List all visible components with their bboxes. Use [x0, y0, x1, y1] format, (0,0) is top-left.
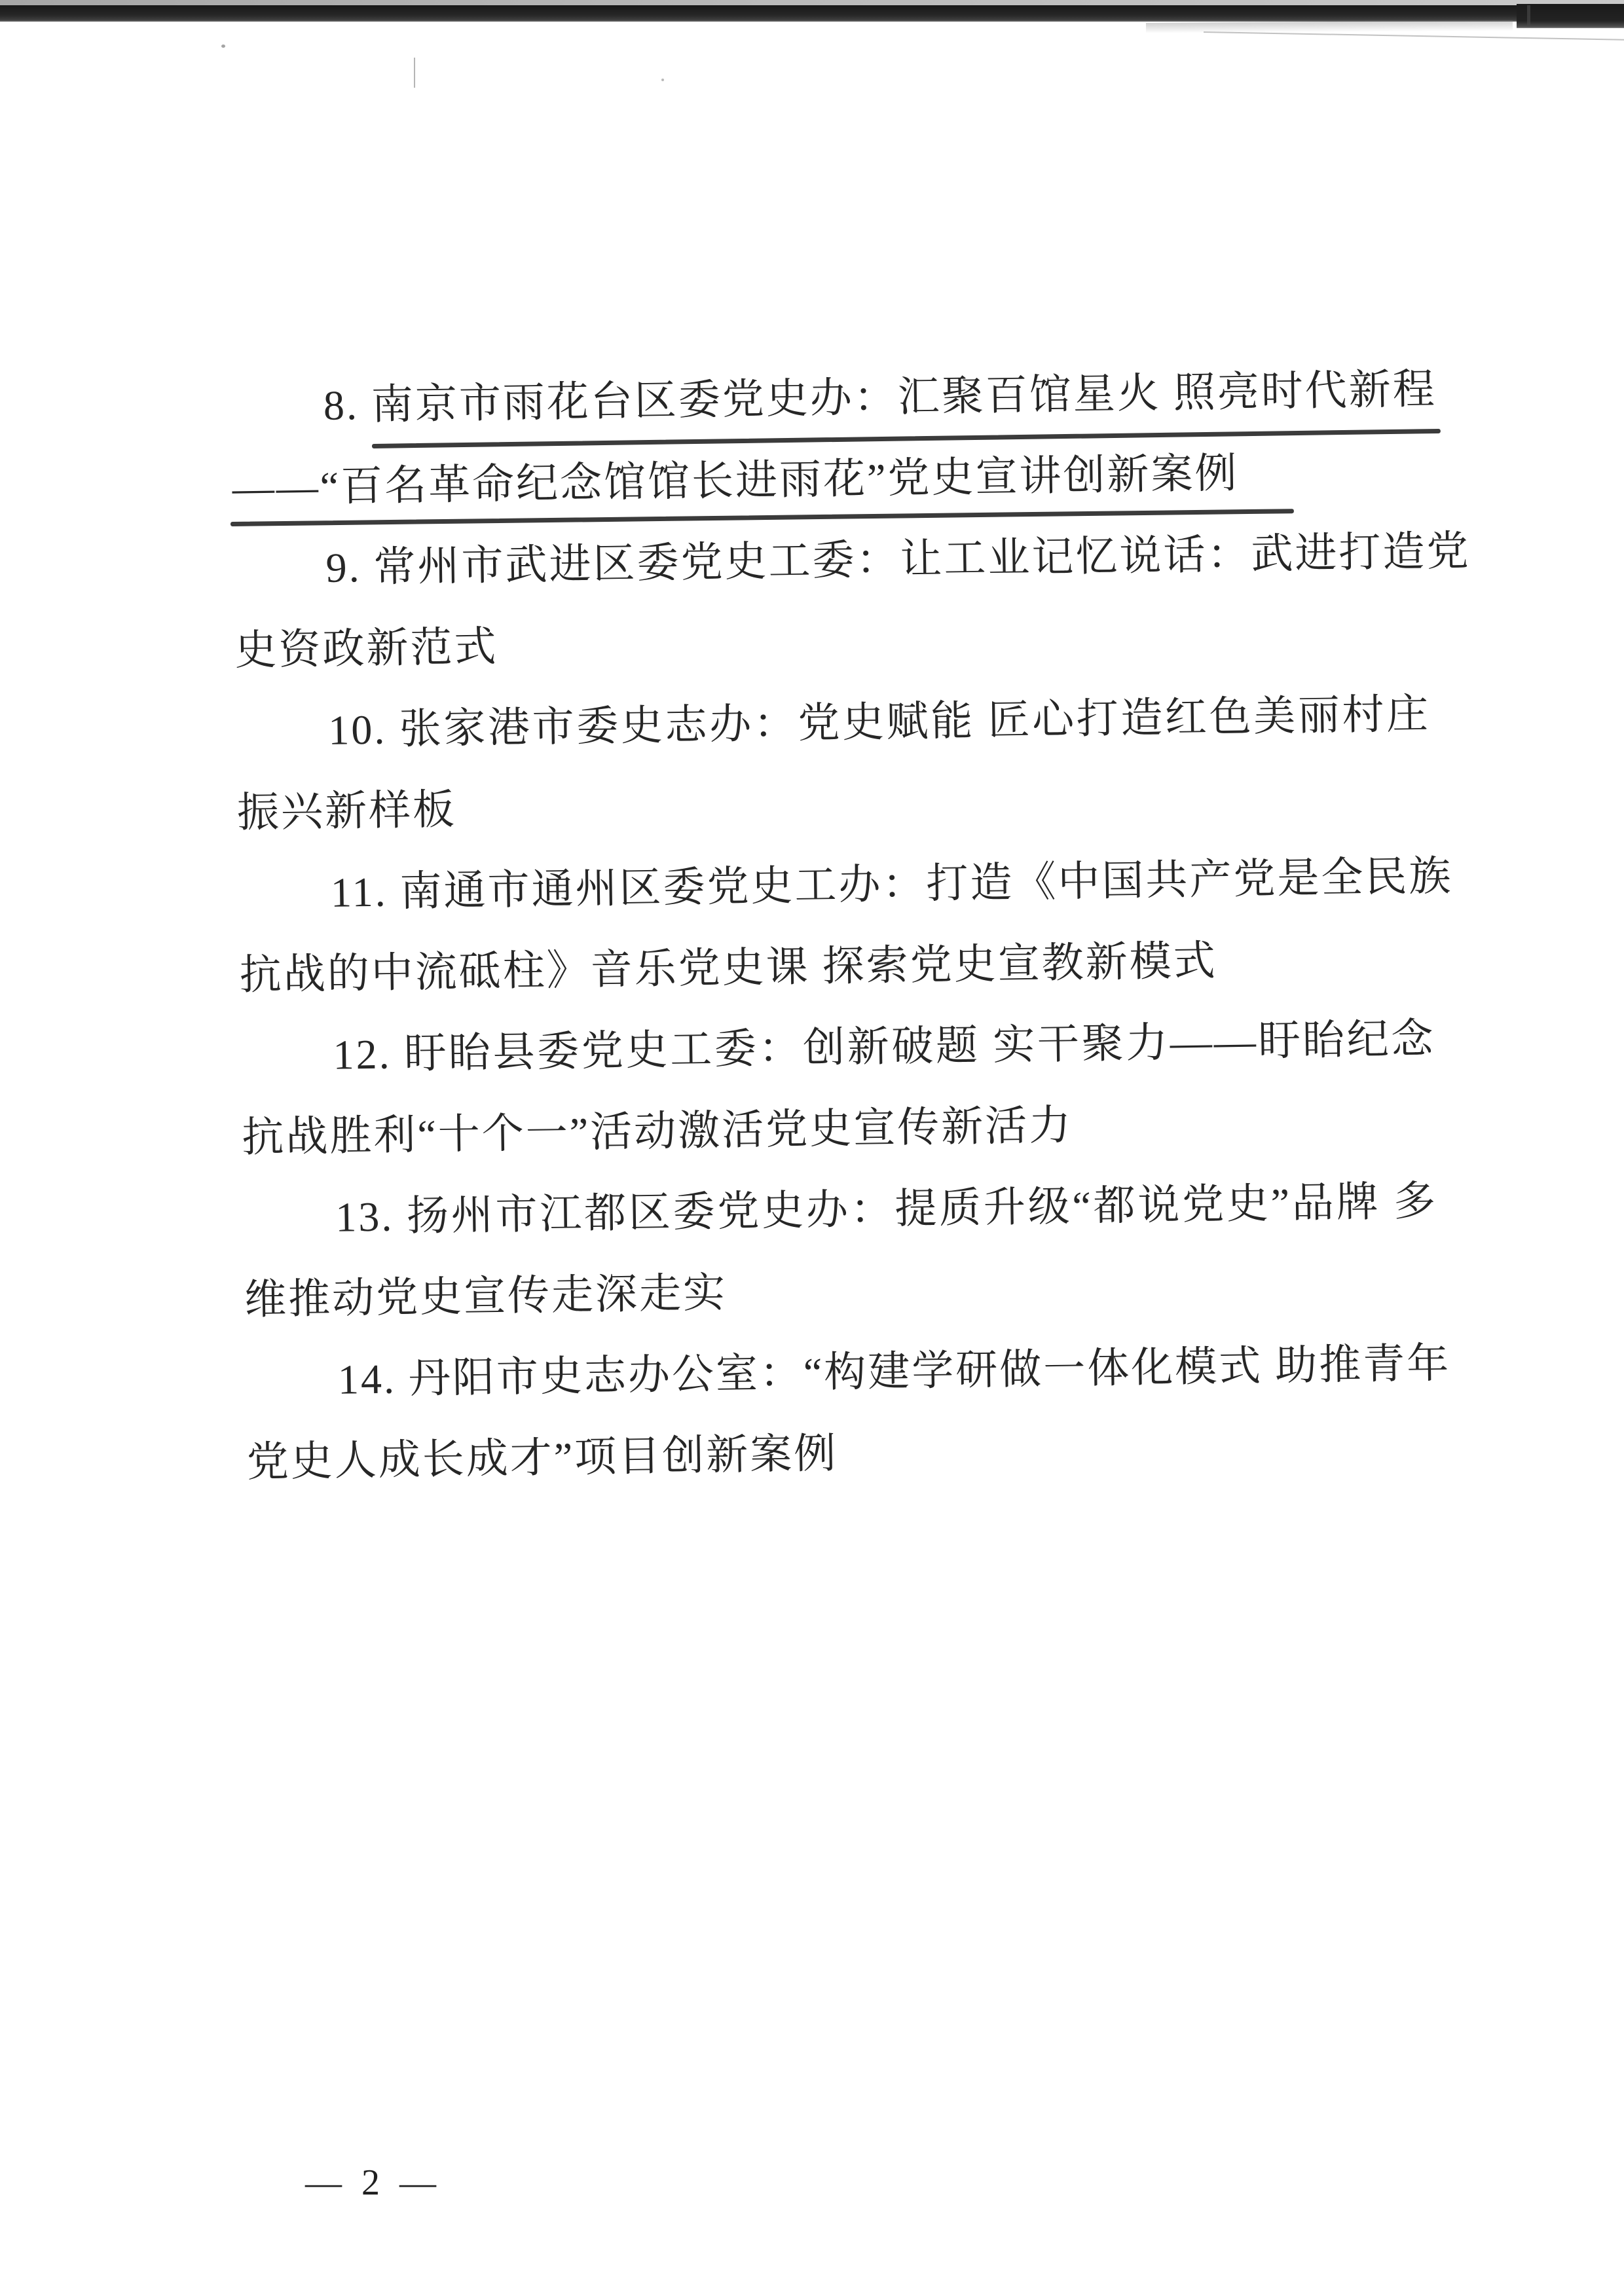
- scan-page-edge-hairline: [1204, 31, 1624, 41]
- scan-gray-smear: [1146, 20, 1513, 33]
- scan-speck-dot: [661, 79, 664, 81]
- scan-top-dark-band: [0, 5, 1624, 22]
- scan-speck-dot: [221, 45, 225, 48]
- scan-top-right-corner-block: [1517, 4, 1624, 28]
- toc-text-block: 8. 南京市雨花台区委党史办：汇聚百馆星火 照亮时代新程 ——“百名革命纪念馆馆…: [231, 349, 1442, 1503]
- toc-line-item14-2: 党史人成长成才”项目创新案例: [246, 1404, 1442, 1503]
- scan-top-light-strip: [0, 0, 1624, 5]
- scan-speck-scratch: [414, 58, 415, 88]
- page-number: — 2 —: [275, 2162, 471, 2204]
- scanned-document-page: 8. 南京市雨花台区委党史办：汇聚百馆星火 照亮时代新程 ——“百名革命纪念馆馆…: [0, 0, 1624, 2296]
- scan-corner-seam: [1527, 5, 1530, 27]
